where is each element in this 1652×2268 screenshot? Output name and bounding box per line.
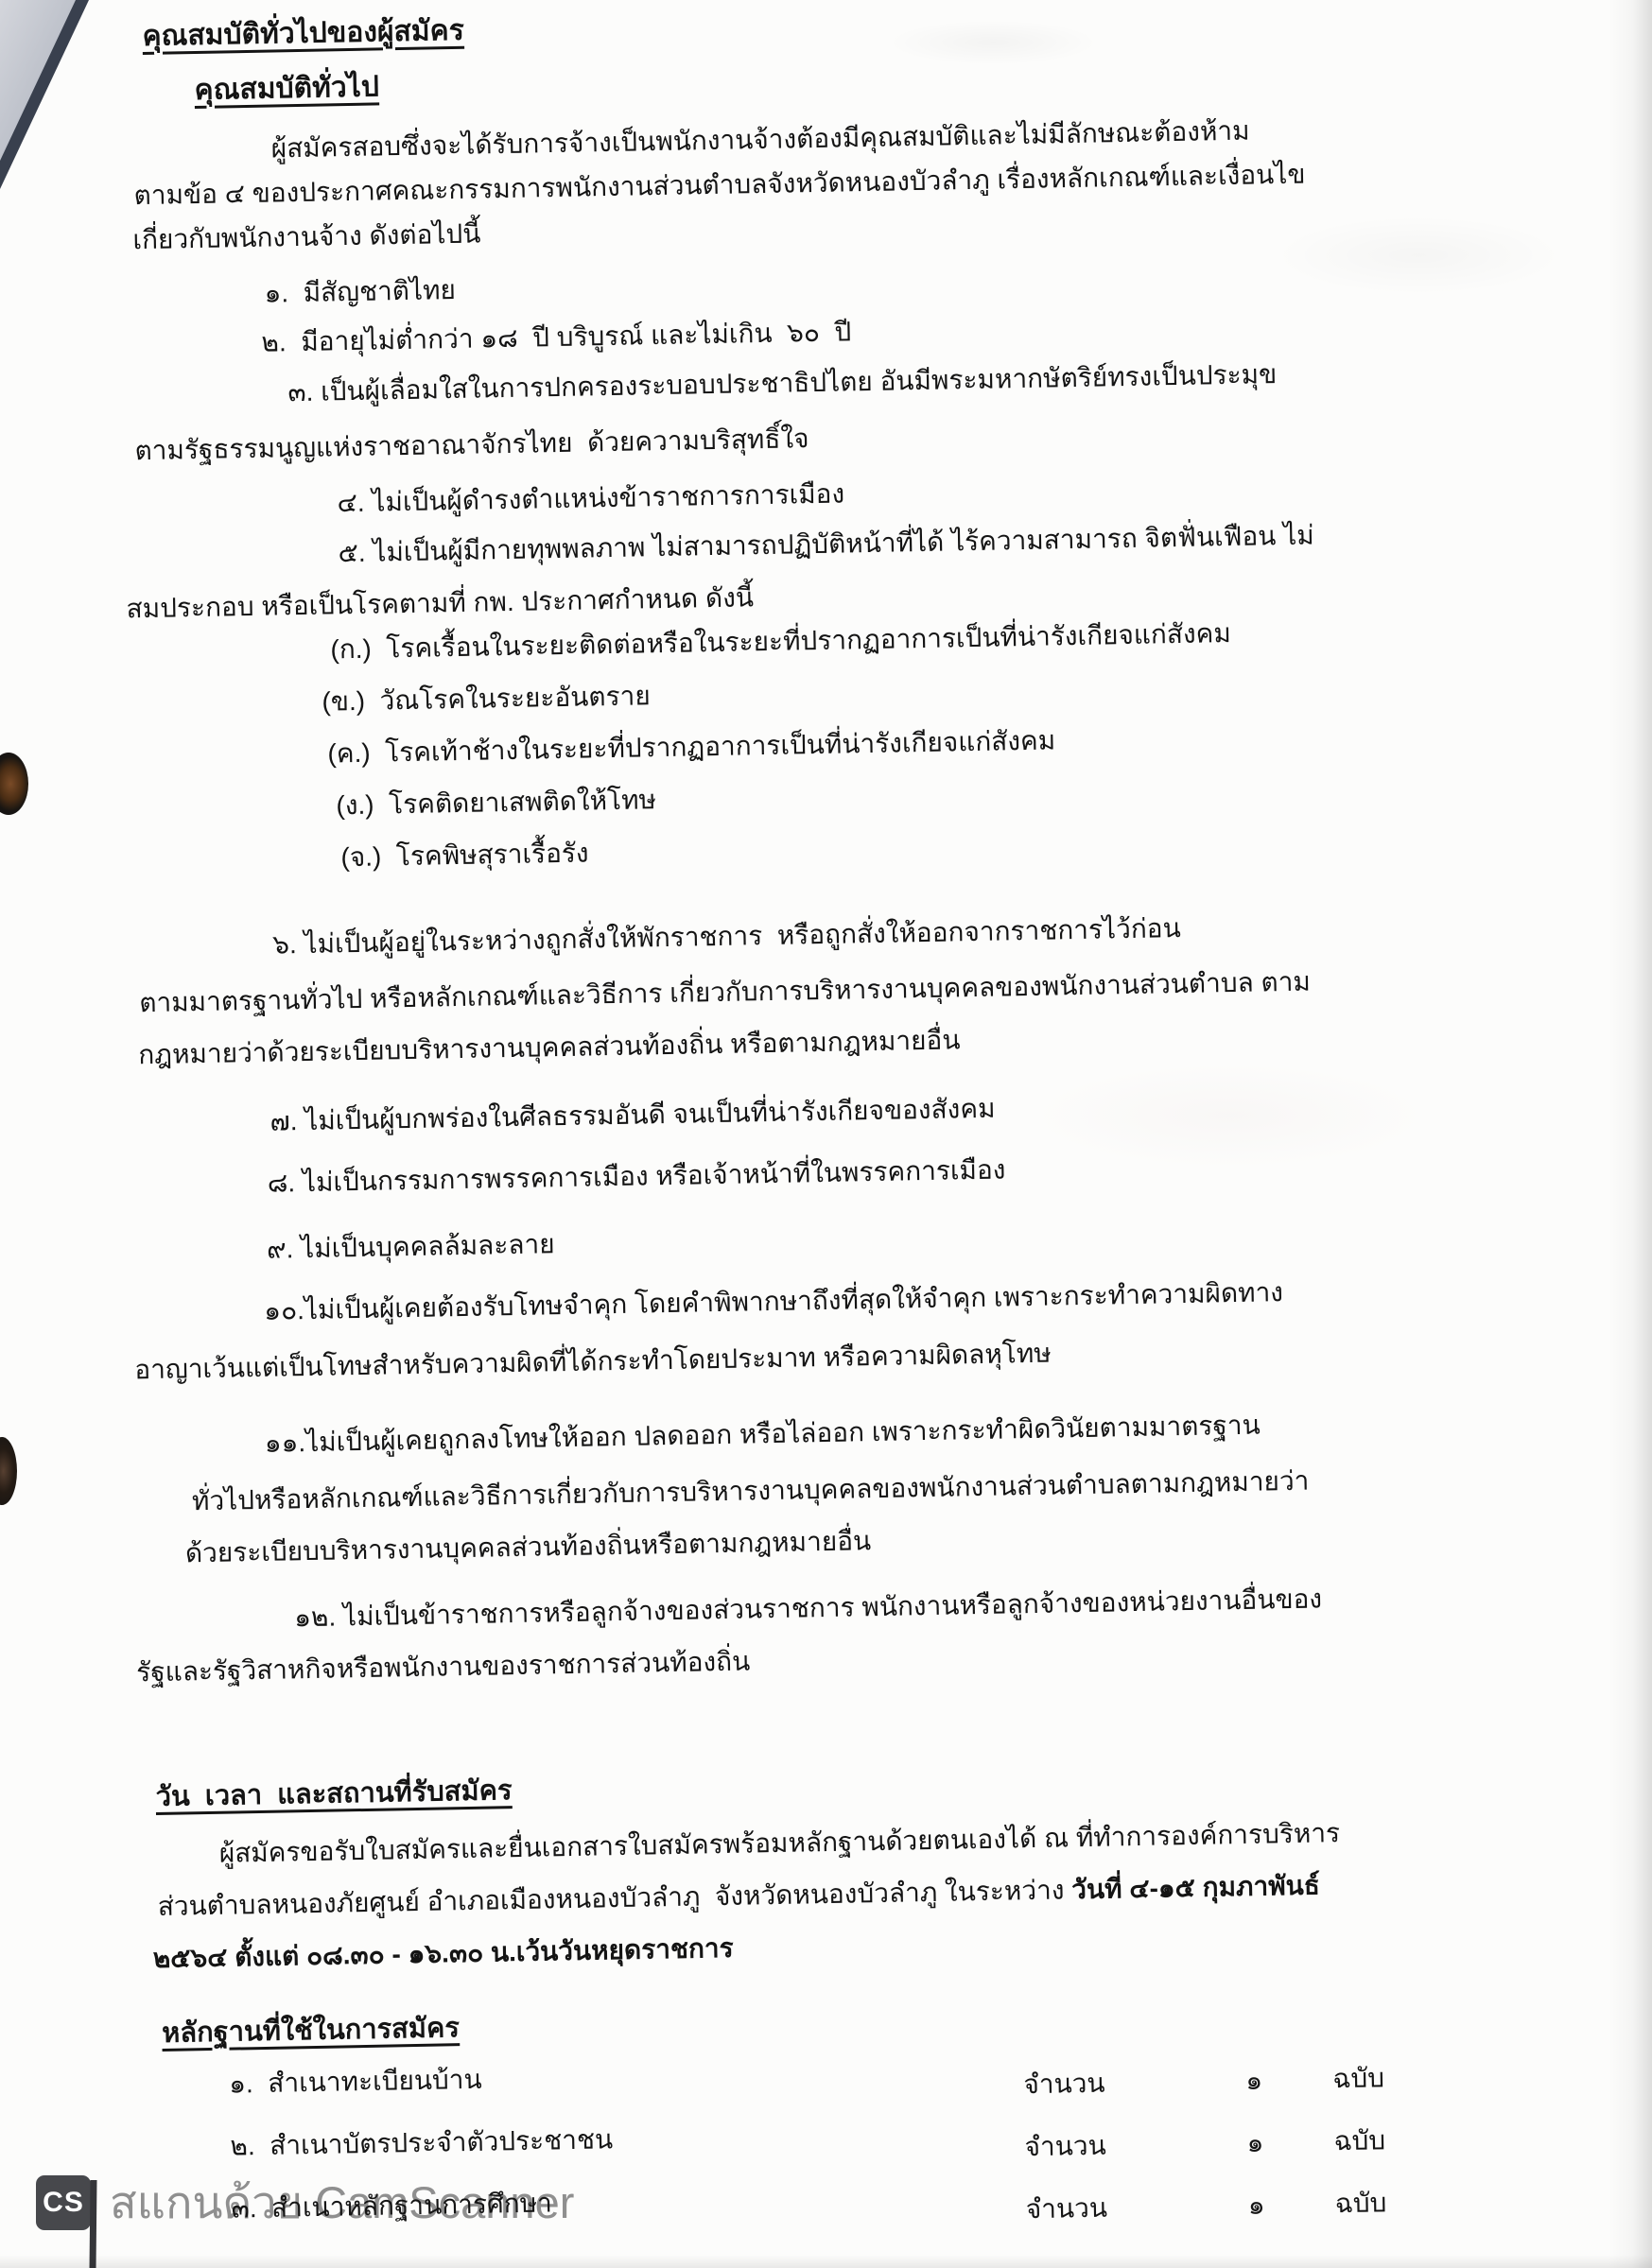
apply-line-2-normal: ส่วนตำบลหนองภัยศูนย์ อำเภอเมืองหนองบัวลำ… <box>158 1875 1072 1921</box>
evidence-qty-unit: ฉบับ <box>1333 2110 1652 2165</box>
scanned-document-page: CS สแกนด้วย CamScanner คุณสมบัติทั่วไปขอ… <box>0 0 1652 2268</box>
evidence-qty-label: จำนวน <box>1024 2120 1247 2171</box>
evidence-qty-label: จำนวน <box>1025 2182 1248 2233</box>
qualification-item-11-line-1: ๑๑.ไม่เป็นผู้เคยถูกลงโทษให้ออก ปลดออก หร… <box>264 1394 1652 1465</box>
apply-date-range: วันที่ ๔-๑๕ กุมภาพันธ์ <box>1071 1870 1320 1904</box>
evidence-qty-unit: ฉบับ <box>1332 2048 1652 2103</box>
qualification-item-9: ๙. ไม่เป็นบุคคลล้มละลาย <box>267 1200 1652 1271</box>
bottom-edge-shadow <box>0 2255 1652 2268</box>
punch-hole-bottom <box>0 1437 17 1505</box>
document-content: คุณสมบัติทั่วไปของผู้สมัคร คุณสมบัติทั่ว… <box>0 0 1652 2251</box>
evidence-item-label: ๑. สำเนาทะเบียนบ้าน <box>163 2046 1024 2109</box>
evidence-qty-unit: ฉบับ <box>1334 2173 1652 2227</box>
evidence-qty-label: จำนวน <box>1023 2057 1246 2108</box>
qualification-item-10-line-1: ๑๐.ไม่เป็นผู้เคยต้องรับโทษจำคุก โดยคำพิพ… <box>264 1261 1652 1333</box>
evidence-qty-value: ๑ <box>1246 2118 1334 2167</box>
right-edge-shadow <box>1609 0 1652 2268</box>
qualification-item-7: ๗. ไม่เป็นผู้บกพร่องในศีลธรรมอันดี จนเป็… <box>270 1072 1652 1143</box>
evidence-qty-value: ๑ <box>1247 2180 1335 2229</box>
qualification-item-8: ๘. ไม่เป็นกรรมการพรรคการเมือง หรือเจ้าหน… <box>267 1134 1652 1204</box>
evidence-qty-value: ๑ <box>1245 2055 1333 2104</box>
evidence-list: ๑. สำเนาทะเบียนบ้าน จำนวน ๑ ฉบับ ๒. สำเน… <box>163 2033 1652 2249</box>
section-general-qualifications-heading: คุณสมบัติทั่วไป <box>194 43 1652 111</box>
